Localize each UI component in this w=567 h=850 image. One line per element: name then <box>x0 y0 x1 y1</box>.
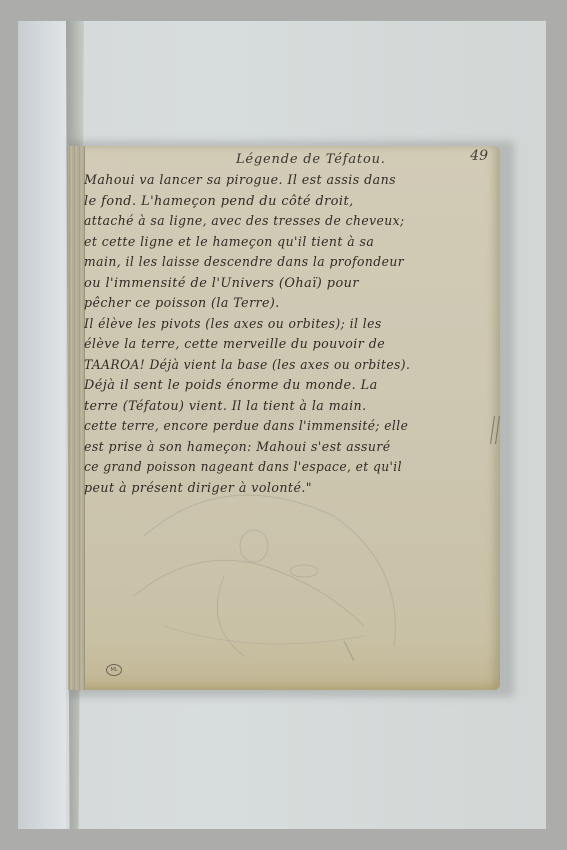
text-line: élève la terre, cette merveille du pouvo… <box>84 334 490 355</box>
text-line: Déjà il sent le poids énorme du monde. L… <box>84 375 498 396</box>
text-line: Il élève les pivots (les axes ou orbites… <box>84 314 482 335</box>
text-line: est prise à son hameçon: Mahoui s'est as… <box>84 437 486 458</box>
text-line: pêcher ce poisson (la Terre). <box>84 293 490 314</box>
page-number: 49 <box>470 148 488 164</box>
edge-pen-mark <box>490 416 500 444</box>
text-line: cette terre, encore perdue dans l'immens… <box>84 416 478 437</box>
text-line: et cette ligne et le hameçon qu'il tient… <box>84 232 486 253</box>
text-line: main, il les laisse descendre dans la pr… <box>84 252 482 273</box>
handwritten-text: Mahoui va lancer sa pirogue. Il est assi… <box>84 170 490 498</box>
text-line: ou l'immensité de l'Univers (Ohaï) pour <box>84 273 498 294</box>
text-line: TAAROA! Déjà vient la base (les axes ou … <box>84 355 478 376</box>
manuscript-page: Légende de Téfatou. 49 Mahoui va lancer … <box>68 146 500 690</box>
text-line: ce grand poisson nageant dans l'espace, … <box>84 457 478 478</box>
text-line: terre (Téfatou) vient. Il la tient à la … <box>84 396 490 417</box>
collection-stamp: ML <box>106 664 122 676</box>
mount-left-margin <box>18 21 66 829</box>
faint-pencil-sketch <box>104 476 404 666</box>
text-line: Mahoui va lancer sa pirogue. Il est assi… <box>84 170 490 191</box>
page-title: Légende de Téfatou. <box>236 152 386 167</box>
text-line: le fond. L'hameçon pend du côté droit, <box>84 191 498 212</box>
text-line: attaché à sa ligne, avec des tresses de … <box>84 211 482 232</box>
page-binding-edge <box>68 146 85 690</box>
